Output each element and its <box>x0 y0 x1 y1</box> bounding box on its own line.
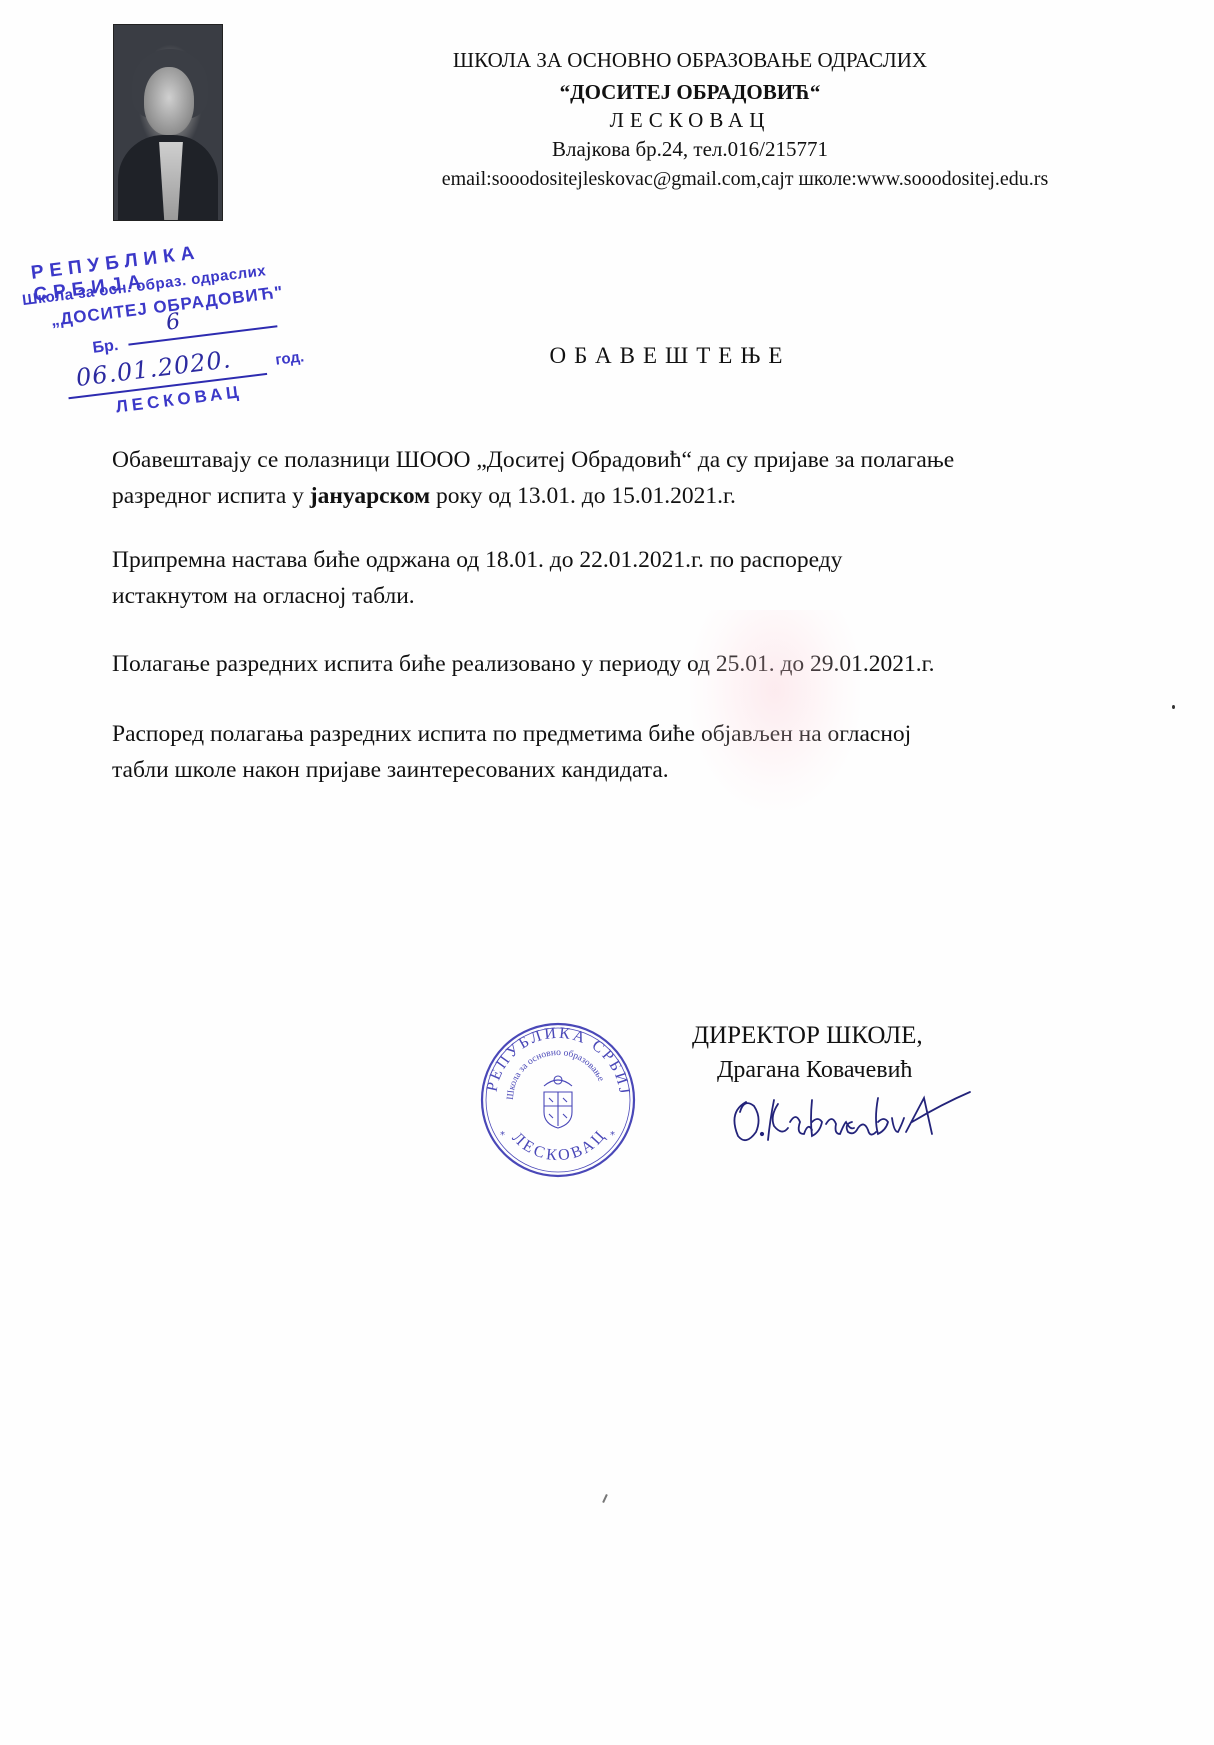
school-contact: email:sooodositejleskovac@gmail.com,сајт… <box>340 168 1150 191</box>
portrait-photo <box>113 24 223 221</box>
director-title: ДИРЕКТОР ШКОЛЕ, <box>692 1022 923 1050</box>
paragraph-line: Обавештавају се полазници ШООО „Доситеј … <box>112 442 1202 478</box>
stamp-number-line <box>128 325 277 345</box>
paragraph-line: Полагање разредних испита биће реализова… <box>112 646 1202 682</box>
stamp-city: ЛЕСКОВАЦ <box>115 382 244 417</box>
stamp-number-handwritten: 6 <box>165 309 182 336</box>
paragraph-line: разредног испита у јануарском року од 13… <box>112 478 1202 514</box>
paragraph-line: истакнутом на огласној табли. <box>112 578 1202 614</box>
text-span: разредног испита у <box>112 483 310 509</box>
paragraph-line: табли школе након пријаве заинтересовани… <box>112 752 1202 788</box>
school-city: ЛЕСКОВАЦ <box>370 108 1010 133</box>
paragraph-line: Распоред полагања разредних испита по пр… <box>112 716 1202 752</box>
scan-speck <box>602 1494 608 1503</box>
portrait-face <box>144 67 194 135</box>
text-span: року од 13.01. до 15.01.2021.г. <box>430 483 736 509</box>
school-name: “ДОСИТЕЈ ОБРАДОВИЋ“ <box>370 80 1010 105</box>
svg-text:РЕПУБЛИКА СРБИЈА: РЕПУБЛИКА СРБИЈА <box>478 1020 633 1097</box>
paragraph-schedule: Распоред полагања разредних испита по пр… <box>112 716 1202 788</box>
school-type-line: ШКОЛА ЗА ОСНОВНО ОБРАЗОВАЊЕ ОДРАСЛИХ <box>370 48 1010 73</box>
paragraph-preparation: Припремна настава биће одржана од 18.01.… <box>112 542 1202 614</box>
paragraph-line: Припремна настава биће одржана од 18.01.… <box>112 542 1202 578</box>
document-title: ОБАВЕШТЕЊЕ <box>420 343 920 369</box>
official-seal: РЕПУБЛИКА СРБИЈА Школа за основно образо… <box>478 1020 638 1180</box>
svg-text:*: * <box>610 1130 615 1141</box>
emphasis-january: јануарском <box>310 483 430 509</box>
handwritten-signature <box>726 1082 976 1152</box>
paragraph-exam-period: Полагање разредних испита биће реализова… <box>112 646 1202 682</box>
seal-outer-text: РЕПУБЛИКА СРБИЈА <box>478 1020 633 1097</box>
svg-text:*: * <box>500 1130 505 1141</box>
svg-text:ЛЕСКОВАЦ: ЛЕСКОВАЦ <box>509 1126 611 1164</box>
registry-stamp: РЕПУБЛИКА СРБИЈА Школа за осн. образ. од… <box>22 227 342 447</box>
scan-dot <box>1172 705 1175 709</box>
scan-stain <box>690 610 860 810</box>
stamp-year-suffix: год. <box>274 348 305 368</box>
director-name: Драгана Ковачевић <box>717 1057 912 1084</box>
school-address: Влајкова бр.24, тел.016/215771 <box>370 137 1010 162</box>
seal-bottom-text: ЛЕСКОВАЦ <box>509 1126 611 1164</box>
paragraph-registration: Обавештавају се полазници ШООО „Доситеј … <box>112 442 1202 514</box>
stamp-number-label: Бр. <box>92 337 120 358</box>
coat-of-arms-icon <box>544 1076 572 1128</box>
